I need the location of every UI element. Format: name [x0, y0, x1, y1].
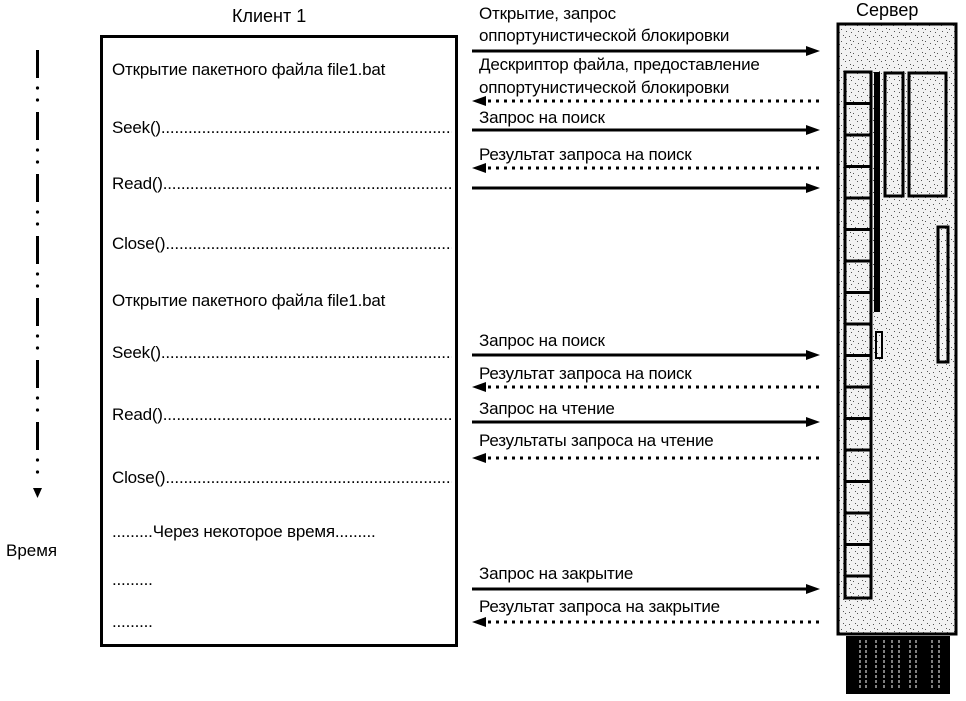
- client-operation: Close().................................…: [112, 234, 452, 254]
- client-operation: Seek()..................................…: [112, 118, 452, 138]
- message-label: Открытие, запрос: [479, 4, 616, 23]
- client-operation: Открытие пакетного файла file1.bat: [112, 60, 452, 80]
- message-label: Запрос на поиск: [479, 108, 605, 127]
- time-axis-label: Время: [6, 541, 57, 561]
- client-operation: Close().................................…: [112, 468, 452, 488]
- client-operation: Открытие пакетного файла file1.bat: [112, 291, 452, 311]
- message-label: оппортунистической блокировки: [479, 26, 729, 45]
- server-icon: [836, 22, 958, 698]
- message-label: Дескриптор файла, предоставление: [479, 55, 760, 74]
- client-operation: Read()..................................…: [112, 174, 452, 194]
- message-label: Запрос на чтение: [479, 399, 615, 418]
- client-operation: .........Через некоторое время.........: [112, 522, 452, 542]
- message-label: оппортунистической блокировки: [479, 78, 729, 97]
- client-operation: Seek()..................................…: [112, 343, 452, 363]
- client-title: Клиент 1: [232, 6, 306, 27]
- message-label: Результат запроса на поиск: [479, 364, 692, 383]
- message-label: Результат запроса на поиск: [479, 145, 692, 164]
- message-arrows: [460, 0, 840, 701]
- message-label: Результаты запроса на чтение: [479, 431, 714, 450]
- server-title: Сервер: [856, 0, 918, 21]
- message-label: Запрос на закрытие: [479, 564, 633, 583]
- client-operation: .........: [112, 570, 452, 590]
- message-label: Запрос на поиск: [479, 331, 605, 350]
- time-axis-arrow-icon: [30, 50, 46, 500]
- client-operation: .........: [112, 612, 452, 632]
- message-label: Результат запроса на закрытие: [479, 597, 720, 616]
- client-operation: Read()..................................…: [112, 405, 452, 425]
